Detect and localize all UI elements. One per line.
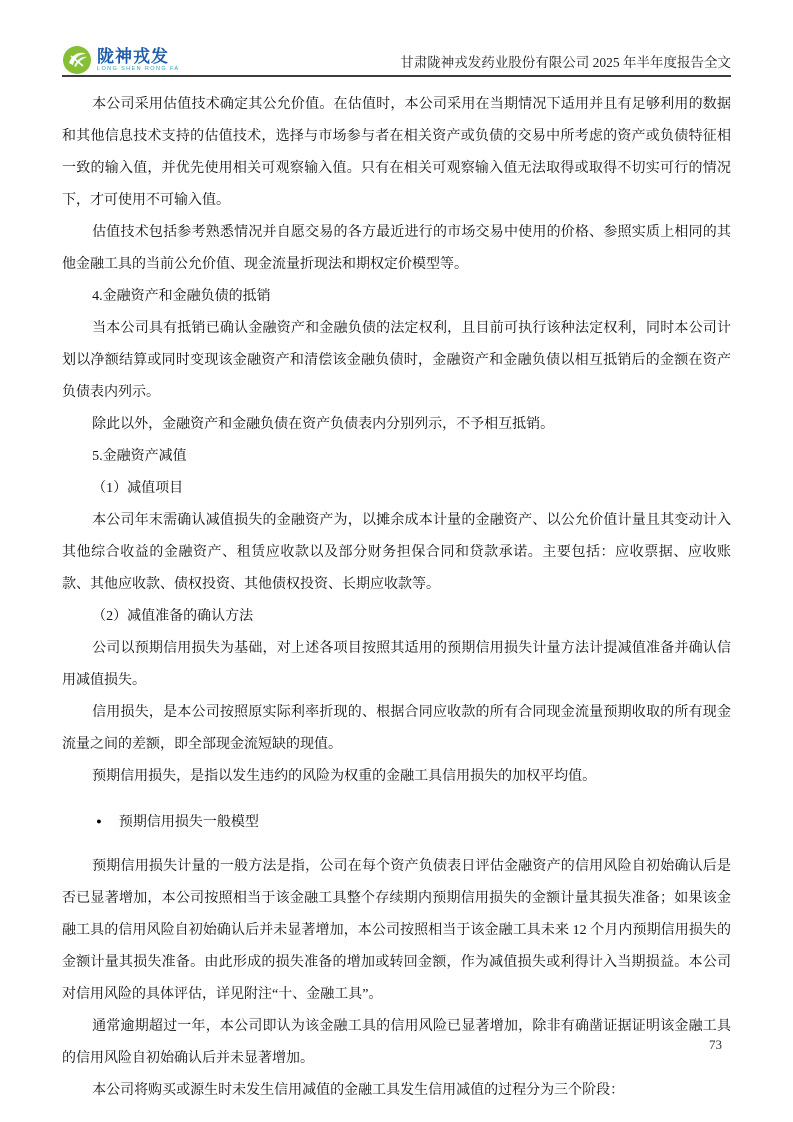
- company-logo: 陇神戎发 LONG SHEN RONG FA: [62, 45, 179, 75]
- paragraph: 预期信用损失计量的一般方法是指，公司在每个资产负债表日评估金融资产的信用风险自初…: [62, 851, 731, 1011]
- paragraph: 本公司将购买或源生时未发生信用减值的金融工具发生信用减值的过程分为三个阶段：: [62, 1075, 731, 1107]
- logo-text: 陇神戎发 LONG SHEN RONG FA: [97, 48, 179, 73]
- section-heading: 5.金融资产减值: [62, 441, 731, 473]
- paragraph: 通常逾期超过一年，本公司即认为该金融工具的信用风险已显著增加，除非有确凿证据证明…: [62, 1011, 731, 1075]
- bullet-item: ●预期信用损失一般模型: [62, 805, 731, 839]
- paragraph: 本公司年末需确认减值损失的金融资产为，以摊余成本计量的金融资产、以公允价值计量且…: [62, 505, 731, 601]
- document-body: 本公司采用估值技术确定其公允价值。在估值时，本公司采用在当期情况下适用并且有足够…: [0, 77, 793, 1107]
- logo-company-name: 陇神戎发: [97, 48, 179, 65]
- paragraph: 除此以外，金融资产和金融负债在资产负债表内分别列示，不予相互抵销。: [62, 409, 731, 441]
- section-heading: （1）减值项目: [62, 473, 731, 505]
- section-heading: 4.金融资产和金融负债的抵销: [62, 281, 731, 313]
- bullet-text: 预期信用损失一般模型: [119, 815, 259, 830]
- paragraph: 公司以预期信用损失为基础，对上述各项目按照其适用的预期信用损失计量方法计提减值准…: [62, 633, 731, 697]
- page-header: 陇神戎发 LONG SHEN RONG FA 甘肃陇神戎发药业股份有限公司 20…: [0, 0, 793, 75]
- report-title: 甘肃陇神戎发药业股份有限公司 2025 年半年度报告全文: [400, 51, 731, 75]
- paragraph: 预期信用损失，是指以发生违约的风险为权重的金融工具信用损失的加权平均值。: [62, 761, 731, 793]
- paragraph: 估值技术包括参考熟悉情况并自愿交易的各方最近进行的市场交易中使用的价格、参照实质…: [62, 217, 731, 281]
- paragraph: 信用损失，是本公司按照原实际利率折现的、根据合同应收款的所有合同现金流量预期收取…: [62, 697, 731, 761]
- page-number: 73: [709, 1037, 722, 1052]
- page-footer: 73: [709, 1036, 722, 1054]
- paragraph: 本公司采用估值技术确定其公允价值。在估值时，本公司采用在当期情况下适用并且有足够…: [62, 89, 731, 217]
- logo-company-name-en: LONG SHEN RONG FA: [97, 67, 179, 73]
- section-heading: （2）减值准备的确认方法: [62, 601, 731, 633]
- bullet-icon: ●: [96, 805, 101, 837]
- company-logo-icon: [62, 45, 92, 75]
- paragraph: 当本公司具有抵销已确认金融资产和金融负债的法定权利，且目前可执行该种法定权利，同…: [62, 313, 731, 409]
- report-page: 陇神戎发 LONG SHEN RONG FA 甘肃陇神戎发药业股份有限公司 20…: [0, 0, 793, 1122]
